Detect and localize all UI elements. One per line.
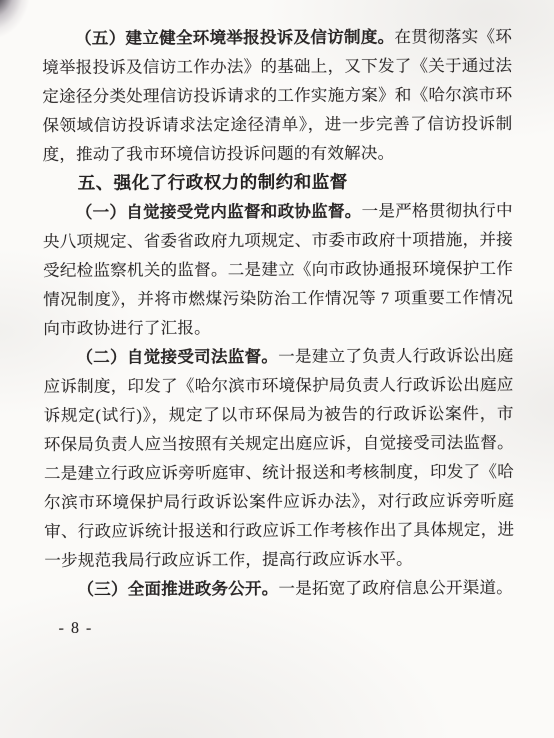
paragraph-lead: （三）全面推进政务公开。 — [77, 579, 278, 599]
document-body: （五）建立健全环境举报投诉及信访制度。在贯彻落实《环境举报投诉及信访工作办法》的… — [42, 22, 515, 604]
paragraph-lead: （二）自觉接受司法监督。 — [76, 347, 278, 367]
paragraph: （二）自觉接受司法监督。一是建立了负责人行政诉讼出庭应诉制度，印发了《哈尔滨市环… — [43, 341, 514, 575]
scanned-document-page: （五）建立健全环境举报投诉及信访制度。在贯彻落实《环境举报投诉及信访工作办法》的… — [0, 0, 554, 738]
page-number: - 8 - — [45, 618, 515, 638]
paragraph-lead: （一）自觉接受党内监督和政协监督。 — [76, 202, 362, 222]
paragraph: （三）全面推进政务公开。一是拓宽了政府信息公开渠道。 — [44, 573, 514, 604]
paragraph: （五）建立健全环境举报投诉及信访制度。在贯彻落实《环境举报投诉及信访工作办法》的… — [42, 22, 513, 169]
paragraph-lead: （五）建立健全环境举报投诉及信访制度。 — [75, 27, 394, 47]
section-heading: 五、强化了行政权力的制约和监督 — [43, 167, 513, 198]
document-content: （五）建立健全环境举报投诉及信访制度。在贯彻落实《环境举报投诉及信访工作办法》的… — [42, 22, 515, 638]
paragraph: （一）自觉接受党内监督和政协监督。一是严格贯彻执行中央八项规定、省委省政府九项规… — [43, 196, 514, 343]
page-curl-artifact — [0, 0, 44, 60]
